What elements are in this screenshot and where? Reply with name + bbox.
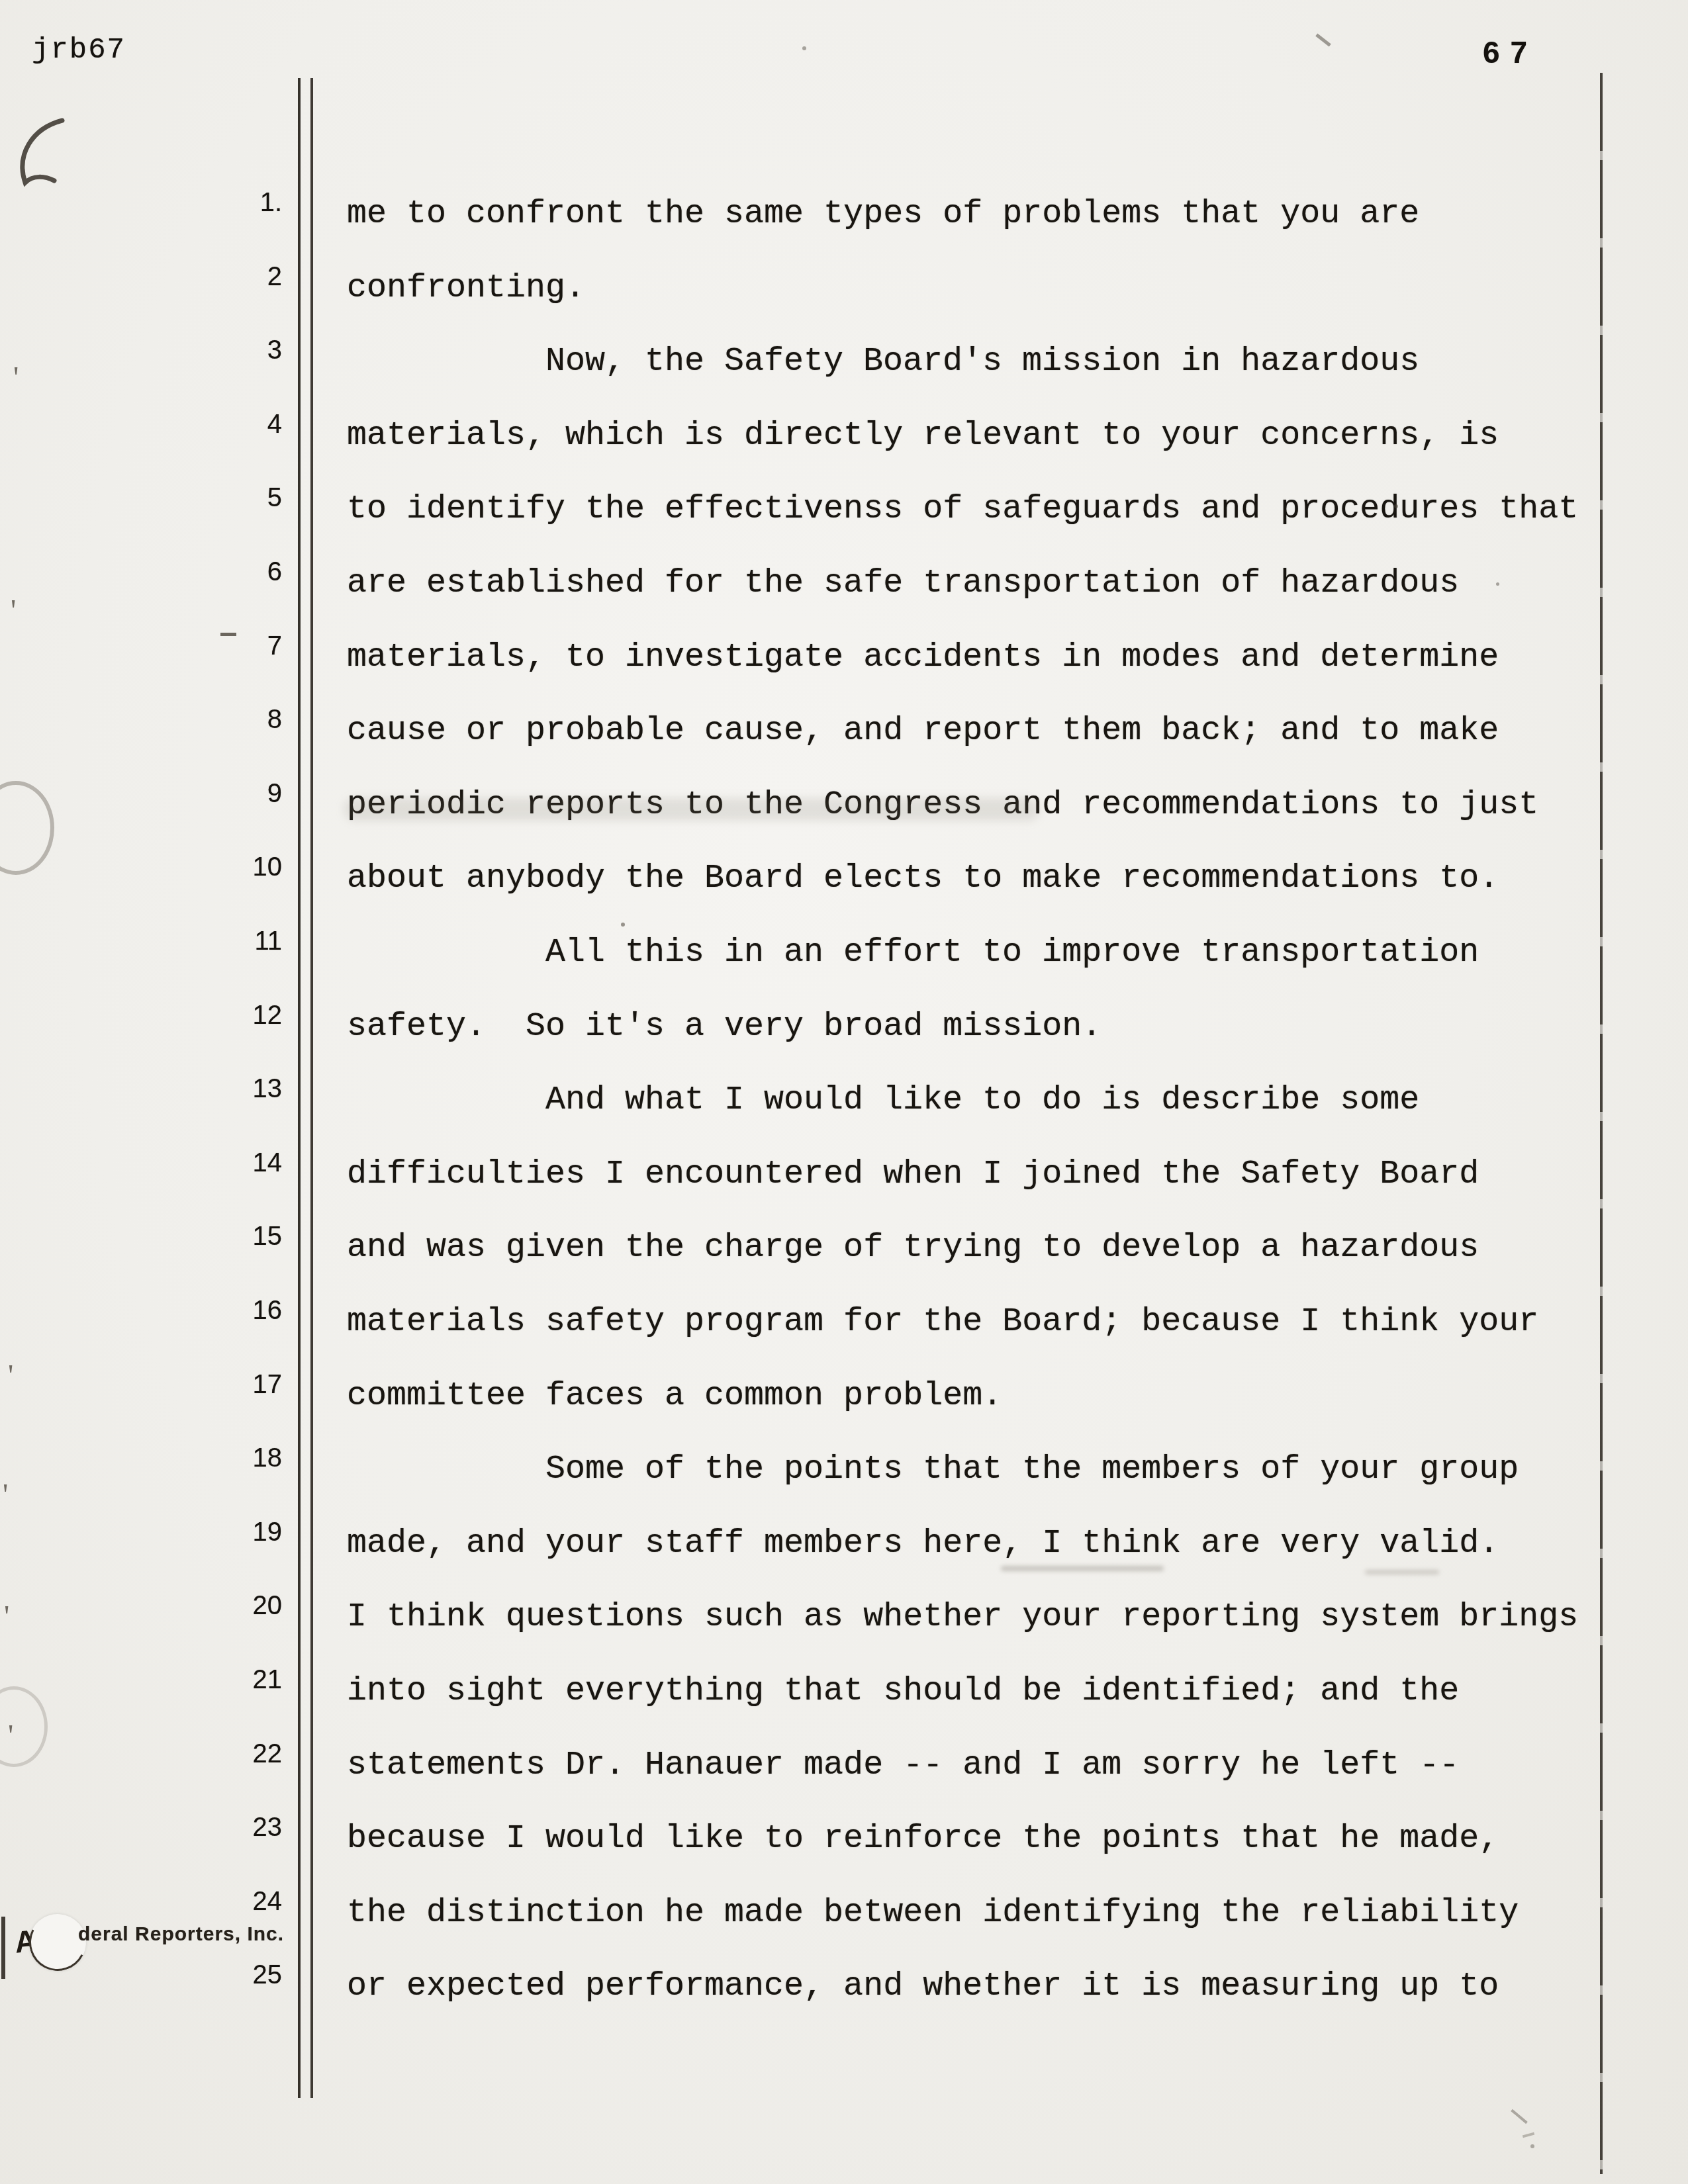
line-number: 6	[165, 557, 282, 586]
left-edge-ink-bar	[1, 1917, 5, 1979]
line-number: 17	[165, 1370, 282, 1399]
stray-dash-header	[1315, 34, 1331, 47]
transcript-line: to identify the effectivenss of safeguar…	[347, 491, 1578, 528]
line-number: 18	[165, 1443, 282, 1473]
transcript-line: about anybody the Board elects to make r…	[347, 860, 1499, 897]
pencil-squiggle	[1511, 2109, 1528, 2124]
line-number: 14	[165, 1148, 282, 1177]
transcript-line: materials, to investigate accidents in m…	[347, 639, 1499, 676]
line-number: 3	[165, 336, 282, 365]
transcript-line: Now, the Safety Board's mission in hazar…	[347, 343, 1419, 381]
right-margin-rule	[1600, 73, 1603, 2174]
hole-punch-shadow-mid	[0, 781, 54, 875]
transcript-line: because I would like to reinforce the po…	[347, 1821, 1499, 1858]
transcript-line: materials safety program for the Board; …	[347, 1304, 1538, 1341]
line-number: 11	[165, 927, 282, 956]
ink-smudge	[1001, 1566, 1164, 1571]
line-number: 1.	[165, 188, 282, 217]
transcript-line: statements Dr. Hanauer made -- and I am …	[347, 1747, 1459, 1784]
pencil-squiggle	[1523, 2132, 1534, 2138]
line-number: 22	[165, 1739, 282, 1768]
transcript-line: are established for the safe transportat…	[347, 565, 1459, 602]
transcript-line: safety. So it's a very broad mission.	[347, 1009, 1102, 1046]
stenographer-id: jrb67	[32, 36, 126, 65]
line-number: 19	[165, 1518, 282, 1547]
transcript-line: cause or probable cause, and report them…	[347, 713, 1499, 750]
line-number: 2	[165, 262, 282, 291]
transcript-line: or expected performance, and whether it …	[347, 1968, 1499, 2005]
margin-tick: '	[11, 596, 16, 626]
line-number: 5	[165, 483, 282, 512]
line-number: 4	[165, 410, 282, 439]
paper-speck	[802, 46, 806, 50]
line-number: 24	[165, 1887, 282, 1916]
transcript-line: difficulties I encountered when I joined…	[347, 1156, 1479, 1193]
transcript-page: jrb67 67 1.me to confront the same types…	[0, 0, 1688, 2184]
reporter-label: deral Reporters, Inc.	[78, 1925, 284, 1944]
line-number: 15	[165, 1222, 282, 1251]
paper-speck	[621, 923, 625, 927]
margin-tick: '	[3, 1480, 8, 1510]
stray-dash-line7	[220, 633, 236, 636]
transcript-line: into sight everything that should be ide…	[347, 1673, 1459, 1710]
line-number: 21	[165, 1665, 282, 1694]
transcript-line: Some of the points that the members of y…	[347, 1451, 1519, 1488]
line-number: 9	[165, 779, 282, 808]
paper-speck	[1394, 504, 1398, 508]
line-number: 25	[165, 1960, 282, 1989]
line-number: 8	[165, 705, 282, 734]
paper-speck	[1496, 582, 1499, 586]
transcript-line: made, and your staff members here, I thi…	[347, 1525, 1499, 1563]
line-number: 20	[165, 1591, 282, 1620]
transcript-line: All this in an effort to improve transpo…	[347, 934, 1479, 972]
pencil-dot	[1530, 2144, 1534, 2148]
ink-smudge	[344, 798, 1039, 821]
transcript-line: And what I would like to do is describe …	[347, 1082, 1419, 1119]
margin-tick: '	[4, 1602, 9, 1632]
margin-tick: '	[8, 1361, 13, 1391]
page-number: 67	[1483, 37, 1538, 68]
hole-punch-shadow-low	[0, 1686, 48, 1767]
line-number: 23	[165, 1813, 282, 1842]
line-number: 16	[165, 1296, 282, 1325]
margin-tick: '	[8, 1721, 13, 1751]
ink-smudge	[1365, 1570, 1439, 1574]
transcript-line: me to confront the same types of problem…	[347, 196, 1419, 233]
line-number: 13	[165, 1074, 282, 1103]
margin-tick: '	[13, 363, 19, 393]
transcript-line: I think questions such as whether your r…	[347, 1599, 1578, 1636]
transcript-line: confronting.	[347, 270, 585, 307]
transcript-line: the distinction he made between identify…	[347, 1895, 1519, 1932]
left-margin-double-rule	[298, 78, 313, 2098]
transcript-line: committee faces a common problem.	[347, 1378, 1002, 1415]
pen-curve-mark	[5, 113, 78, 193]
transcript-line: and was given the charge of trying to de…	[347, 1230, 1479, 1267]
transcript-line: materials, which is directly relevant to…	[347, 418, 1499, 455]
line-number: 12	[165, 1001, 282, 1030]
line-number: 10	[165, 852, 282, 882]
